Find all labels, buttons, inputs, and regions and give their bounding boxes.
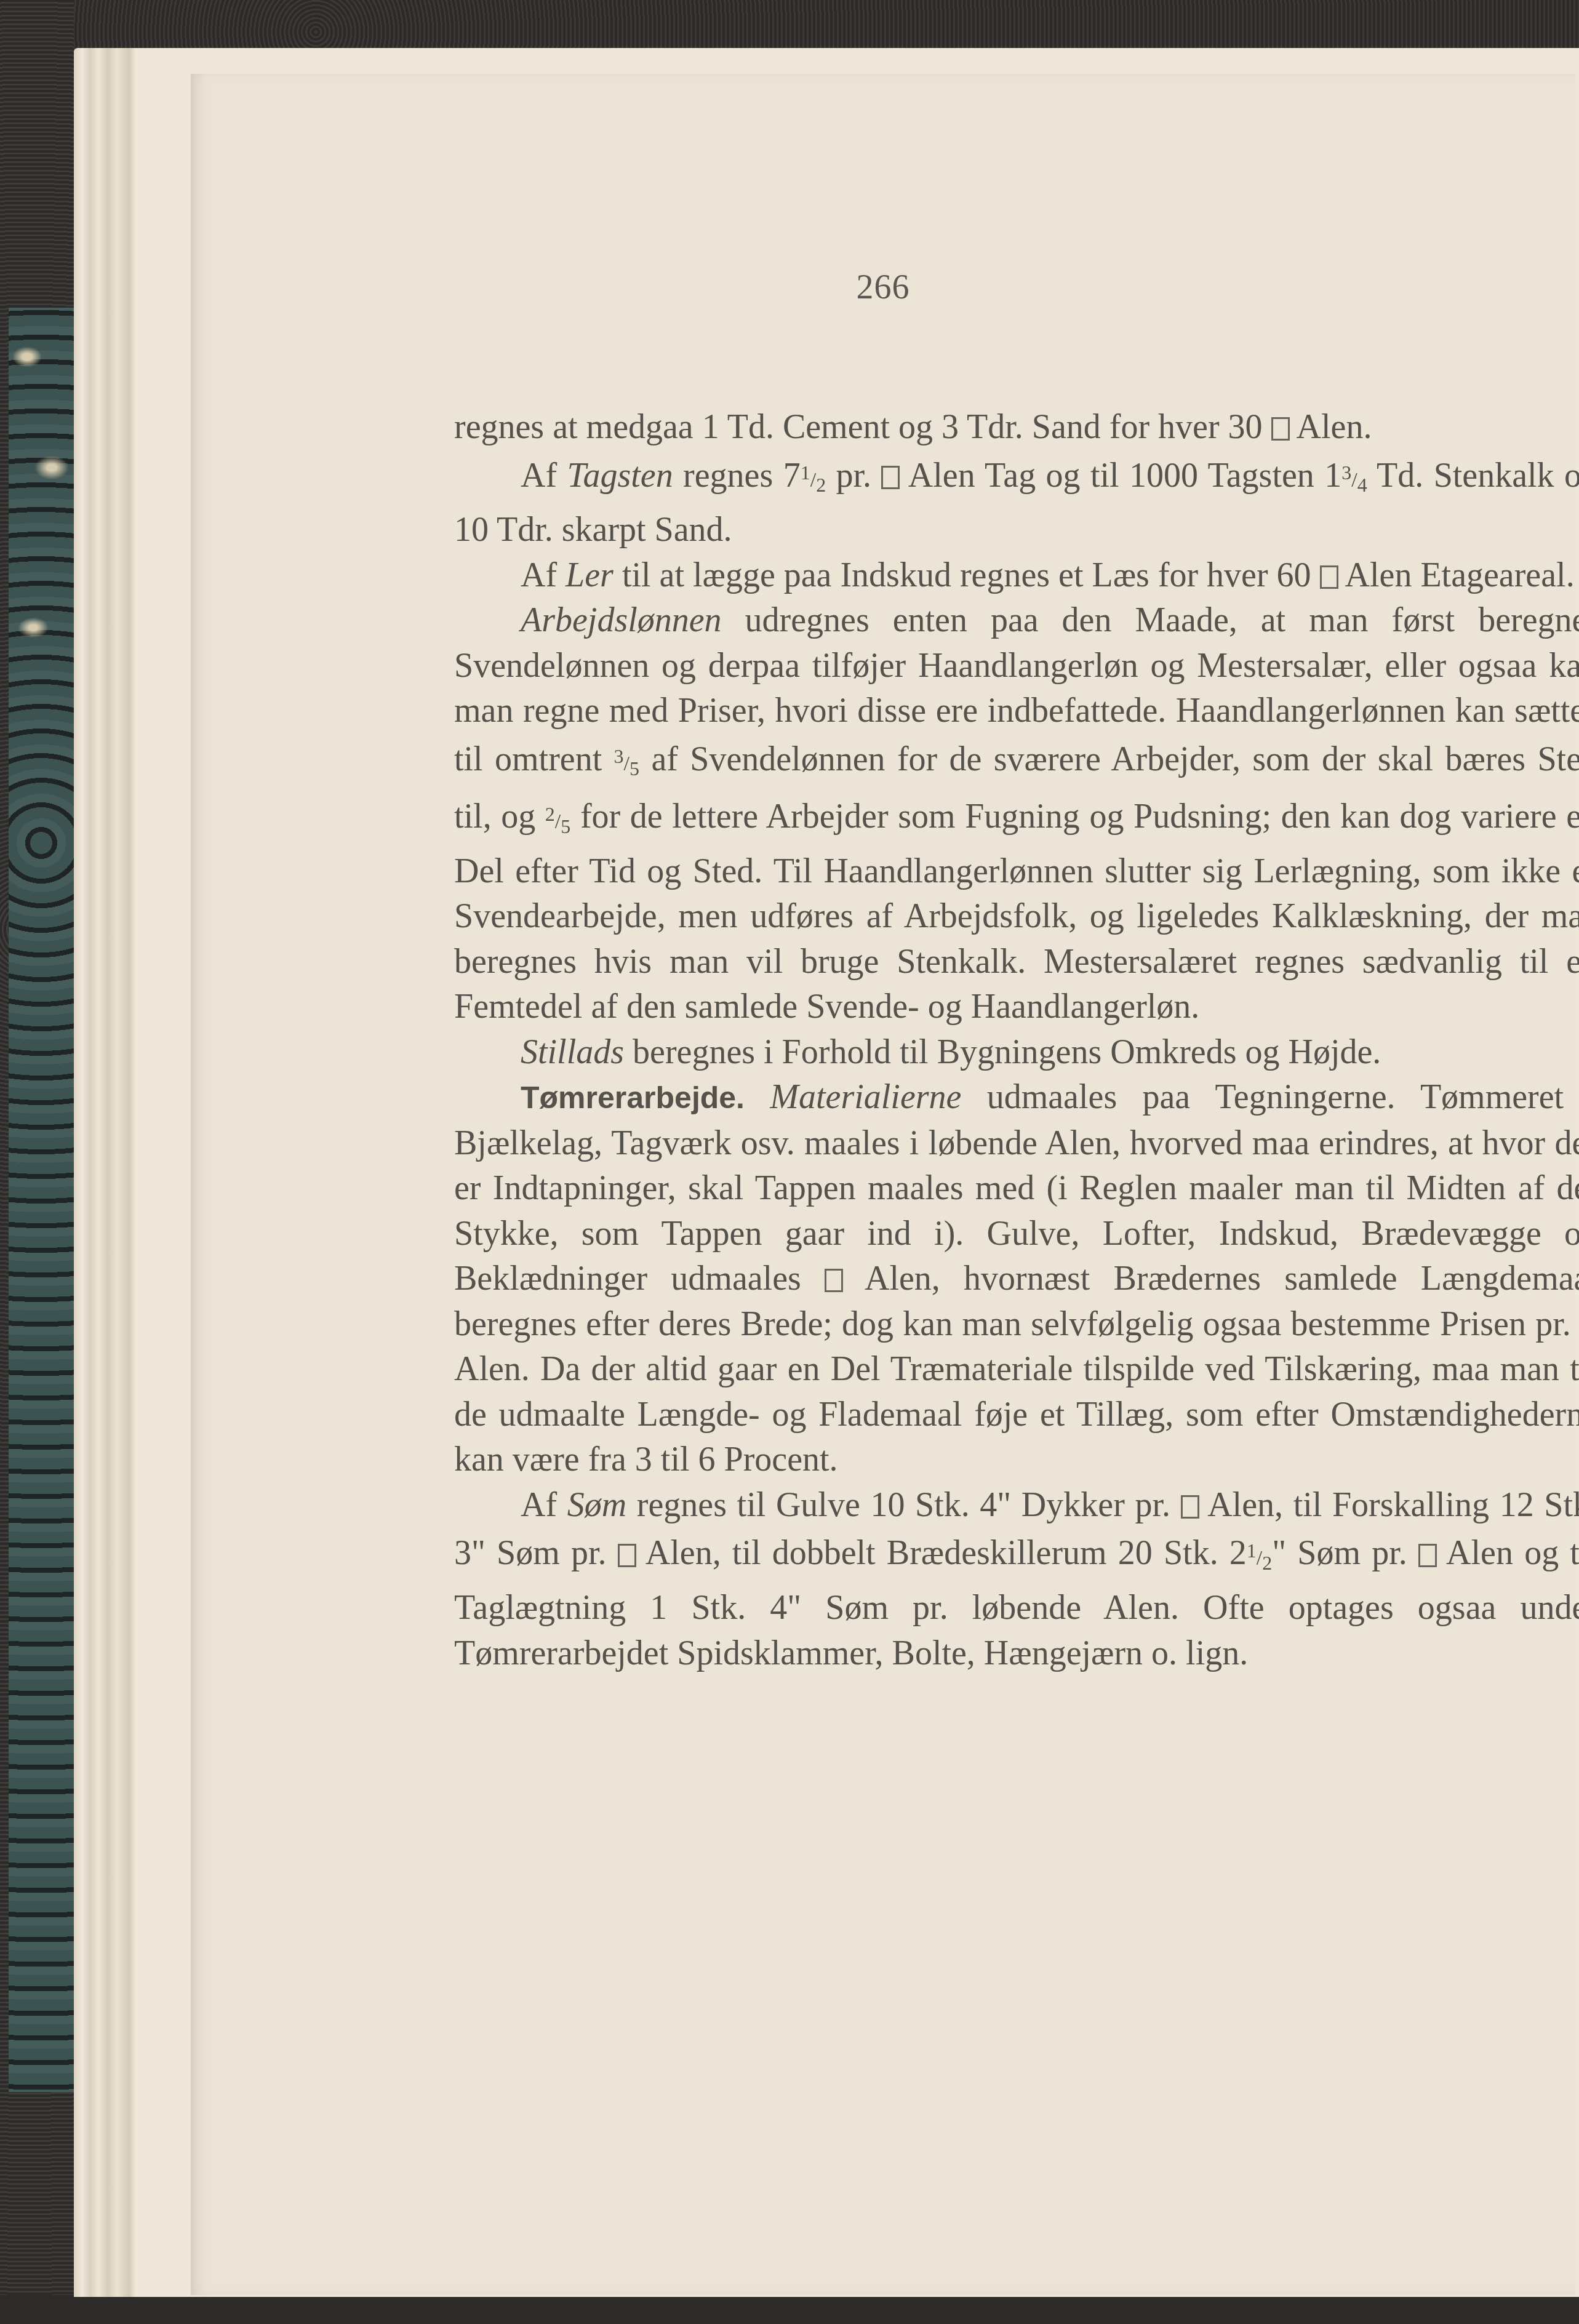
text-run: Alen.: [1290, 408, 1372, 446]
square-symbol-icon: [1320, 565, 1338, 589]
italic-term: Materialierne: [770, 1078, 961, 1116]
book-page: 266 regnes at medgaa 1 Td. Cement og 3 T…: [191, 74, 1575, 2295]
text-run: til at lægge paa Indskud regnes et Læs f…: [614, 556, 1320, 594]
text-run: regnes at medgaa 1 Td. Cement og 3 Tdr. …: [454, 408, 1271, 446]
text-run: " Søm pr.: [1272, 1535, 1418, 1573]
paragraph: Af Ler til at lægge paa Indskud regnes e…: [454, 553, 1579, 599]
italic-term: Søm: [567, 1486, 626, 1524]
square-symbol-icon: [825, 1269, 843, 1292]
text-run: regnes 7: [673, 457, 801, 495]
fraction: 3/5: [614, 753, 639, 775]
text-run: for de lettere Arbejder som Fugning og P…: [454, 798, 1579, 1026]
text-run: Alen Etageareal.: [1338, 556, 1575, 594]
body-text: regnes at medgaa 1 Td. Cement og 3 Tdr. …: [454, 405, 1579, 1676]
page-number: 266: [191, 268, 1575, 307]
square-symbol-icon: [881, 466, 900, 489]
square-symbol-icon: [1181, 1495, 1199, 1519]
text-run: Af: [521, 1486, 567, 1524]
text-run: [745, 1078, 770, 1116]
paragraph: Af Søm regnes til Gulve 10 Stk. 4" Dykke…: [454, 1483, 1579, 1676]
italic-term: Arbejdslønnen: [521, 601, 722, 639]
paragraph: Tømrerarbejde. Materialierne udmaales pa…: [454, 1075, 1579, 1483]
paragraph: Af Tagsten regnes 71/2 pr. Alen Tag og t…: [454, 450, 1579, 553]
section-heading: Tømrerarbejde.: [521, 1080, 745, 1115]
paragraph: regnes at medgaa 1 Td. Cement og 3 Tdr. …: [454, 405, 1579, 450]
text-run: pr.: [826, 457, 881, 495]
text-run: beregnes i Forhold til Bygningens Omkred…: [624, 1033, 1381, 1071]
marbled-endpaper: [9, 308, 74, 2092]
fraction: 1/2: [1247, 1547, 1272, 1570]
square-symbol-icon: [1418, 1544, 1437, 1567]
square-symbol-icon: [618, 1544, 636, 1567]
text-run: Af: [521, 457, 567, 495]
text-run: regnes til Gulve 10 Stk. 4" Dykker pr.: [626, 1486, 1180, 1524]
italic-term: Ler: [566, 556, 614, 594]
italic-term: Tagsten: [567, 457, 673, 495]
text-run: Alen Tag og til 1000 Tagsten 1: [900, 457, 1341, 495]
book-cover-bottom: [0, 2295, 1579, 2324]
fraction: 3/4: [1341, 469, 1367, 492]
text-run: Af: [521, 556, 566, 594]
square-symbol-icon: [1271, 417, 1290, 441]
fraction: 1/2: [801, 469, 826, 492]
paragraph: Arbejdslønnen udregnes enten paa den Maa…: [454, 598, 1579, 1030]
text-run: Alen, til dobbelt Brædeskillerum 20 Stk.…: [636, 1535, 1247, 1573]
fraction: 2/5: [545, 810, 570, 833]
text-run: Alen. Da der altid gaar en Del Træmateri…: [454, 1350, 1579, 1479]
paragraph: Stillads beregnes i Forhold til Bygninge…: [454, 1030, 1579, 1076]
italic-term: Stillads: [521, 1033, 624, 1071]
